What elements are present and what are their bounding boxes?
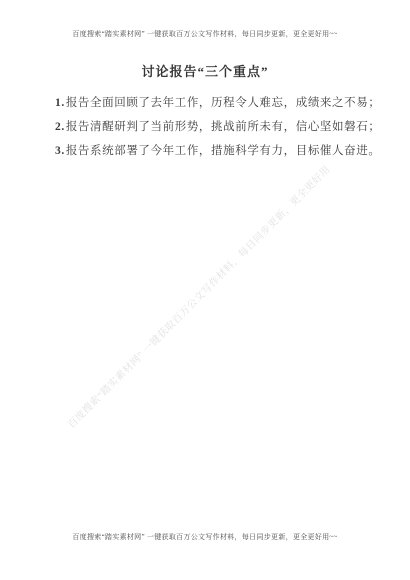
diagonal-watermark: 百度搜索“踏实素材网” 一键获取百万公文写作材料，每日同步更新，更全更好用 xyxy=(63,161,333,431)
list-item-number: 3. xyxy=(55,145,65,157)
footer-promo-text: 百度搜索“踏实素材网” 一键获取百万公文写作材料，每日同步更新，更全更好用~~ xyxy=(0,532,410,542)
list-item-text: 报告清醒研判了当前形势，挑战前所未有，信心坚如磐石； xyxy=(66,121,381,133)
list-item: 2.报告清醒研判了当前形势，挑战前所未有，信心坚如磐石； xyxy=(55,115,362,139)
document-body: 1.报告全面回顾了去年工作，历程令人难忘，成绩来之不易； 2.报告清醒研判了当前… xyxy=(55,91,362,163)
list-item: 3.报告系统部署了今年工作，措施科学有力，目标催人奋进。 xyxy=(55,139,362,163)
list-item-number: 2. xyxy=(55,121,65,133)
list-item: 1.报告全面回顾了去年工作，历程令人难忘，成绩来之不易； xyxy=(55,91,362,115)
list-item-number: 1. xyxy=(55,97,65,109)
list-item-text: 报告全面回顾了去年工作，历程令人难忘，成绩来之不易； xyxy=(66,97,381,109)
header-promo-text: 百度搜索“踏实素材网” 一键获取百万公文写作材料，每日同步更新，更全更好用~~ xyxy=(0,29,410,39)
document-title: 讨论报告“三个重点” xyxy=(0,61,410,80)
list-item-text: 报告系统部署了今年工作，措施科学有力，目标催人奋进。 xyxy=(66,145,381,157)
